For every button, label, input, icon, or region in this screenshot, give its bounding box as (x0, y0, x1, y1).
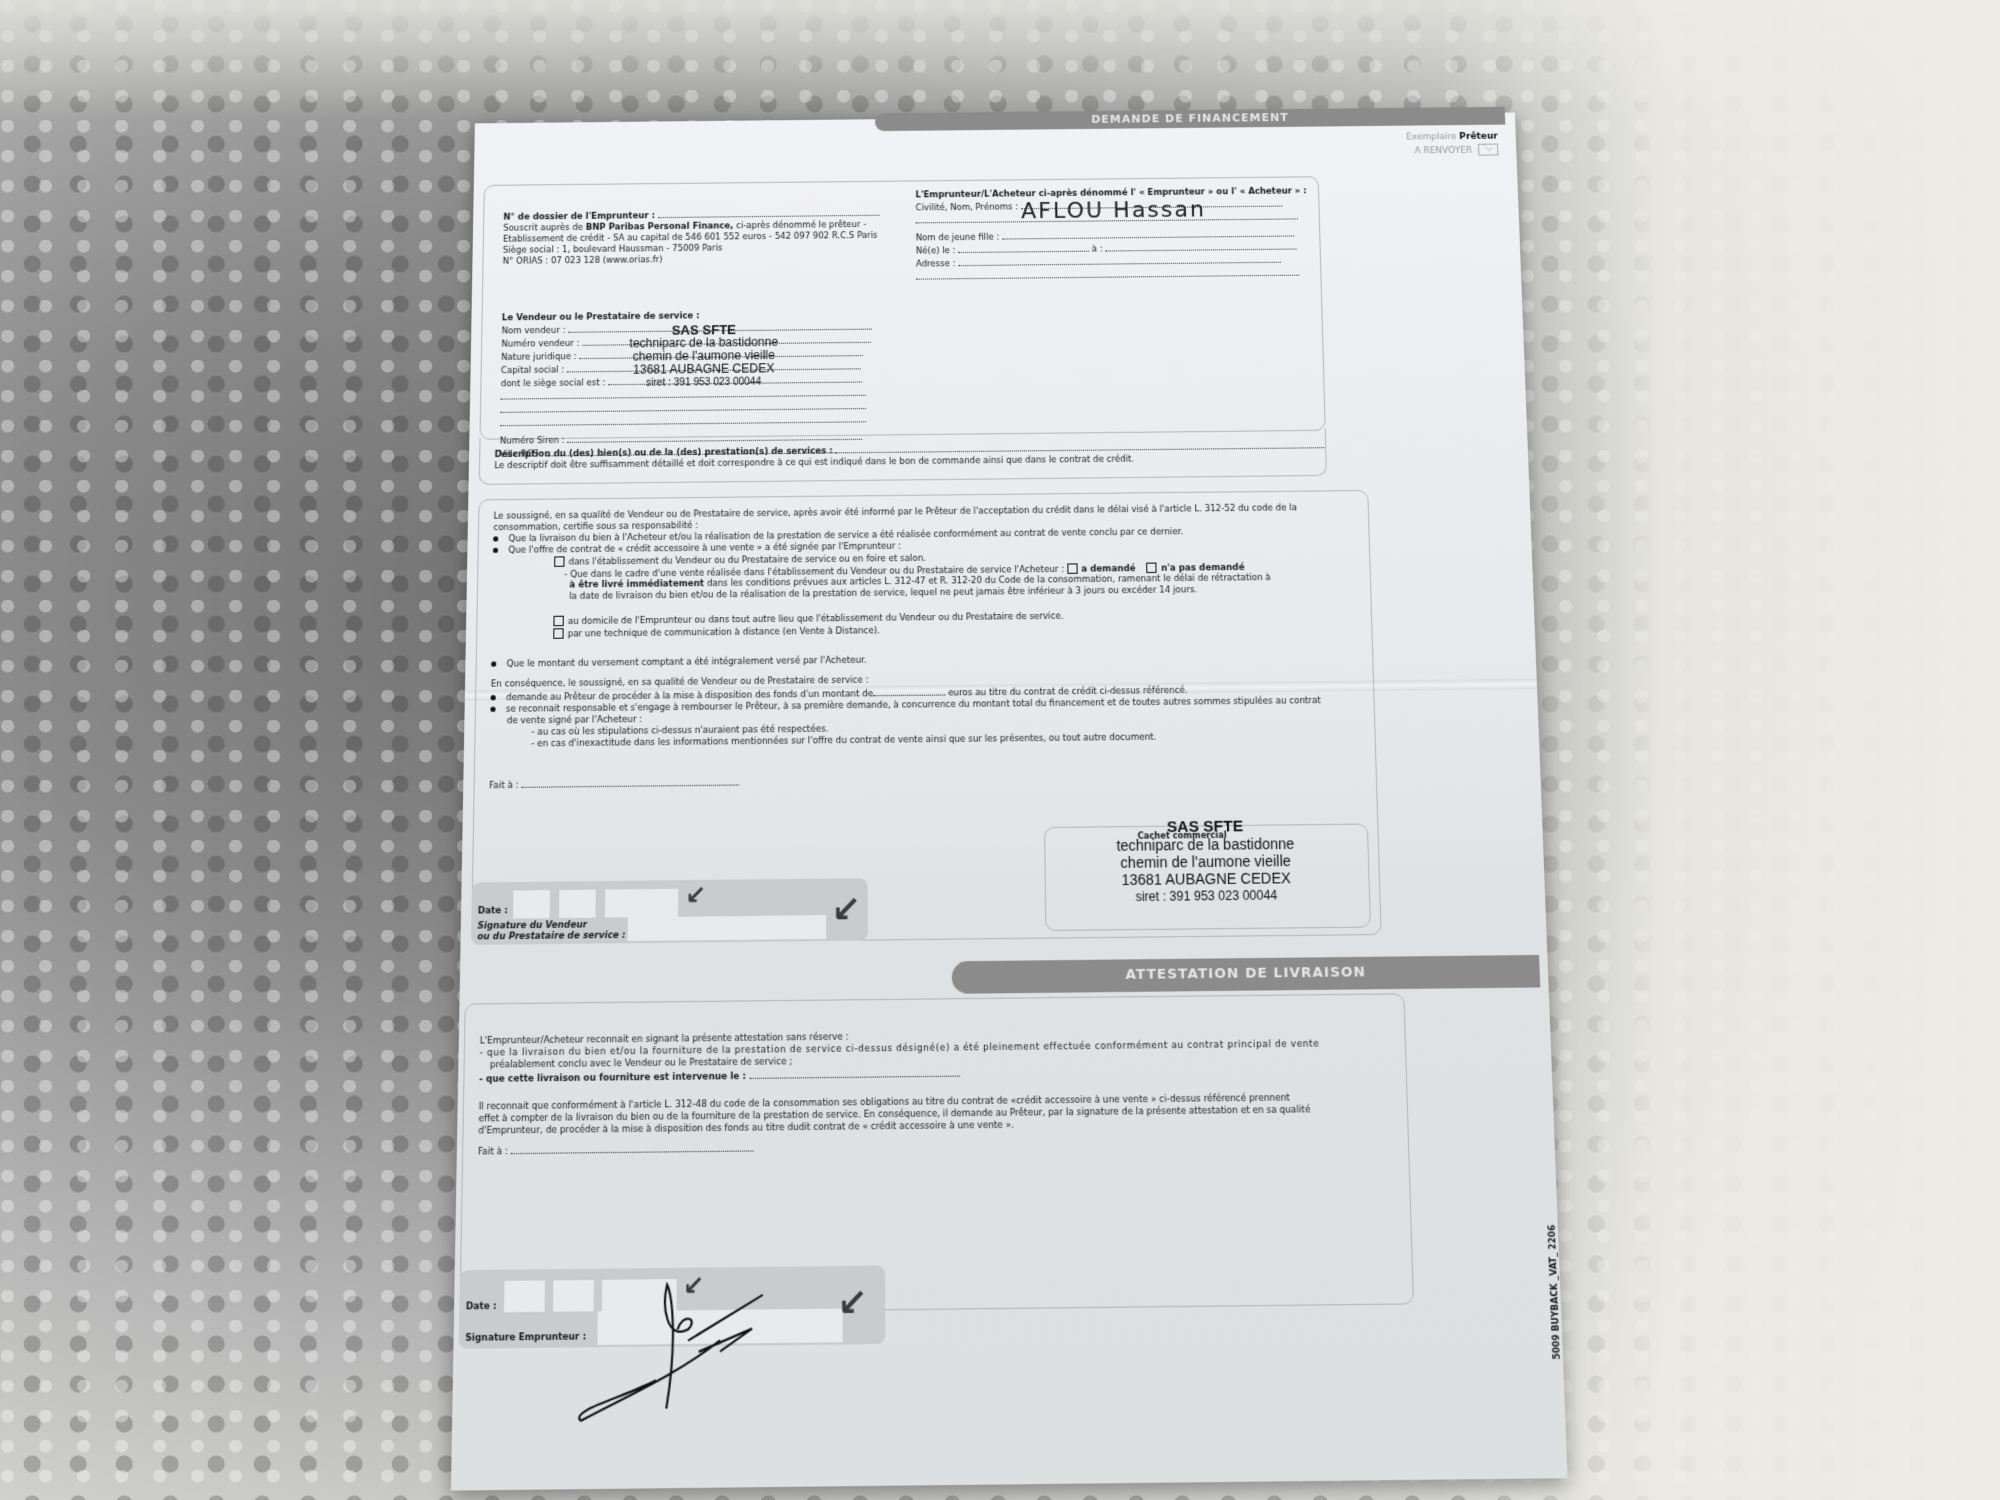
vendor-name-label: Nom vendeur : (501, 326, 565, 337)
vendor-number-label: Numéro vendeur : (501, 339, 579, 350)
birth-place-label: à : (1092, 245, 1103, 255)
civilite-label: Civilité, Nom, Prénoms : (916, 202, 1019, 213)
vendor-stamp-cachet: SAS SFTE techniparc de la bastidonne che… (1075, 817, 1337, 906)
dossier-field[interactable] (658, 207, 879, 218)
legal-nature-label: Nature juridique : (501, 352, 577, 363)
sign-here-arrow-icon: ↙ (685, 882, 706, 908)
checkbox-domicile[interactable] (553, 616, 563, 627)
bullet-icon (491, 695, 496, 700)
exemplaire-owner: Prêteur (1459, 132, 1498, 142)
certification-block: Le soussigné, en sa qualité de Vendeur o… (489, 503, 1323, 793)
cert-bullet-payment: Que le montant du versement comptant a é… (506, 655, 866, 669)
attestation-block: L'Emprunteur/Acheteur reconnait en signa… (478, 1027, 1322, 1159)
borrower-signature (559, 1272, 816, 1433)
borrower-place-field[interactable] (511, 1142, 754, 1155)
capital-label: Capital social : (501, 365, 564, 376)
date-label: Date : (466, 1301, 497, 1314)
checkbox-distance[interactable] (553, 628, 563, 639)
date-label: Date : (478, 906, 508, 918)
bullet-icon (490, 707, 495, 712)
maiden-name-label: Nom de jeune fille : (916, 233, 1000, 244)
amount-field[interactable] (873, 686, 945, 696)
description-box (479, 429, 1327, 485)
bullet-icon (491, 661, 496, 666)
delivery-date-field[interactable] (749, 1067, 959, 1079)
stamp-siret: siret : 391 953 023 00044 (1076, 886, 1337, 906)
date-year[interactable] (605, 889, 678, 918)
fait-a-label: Fait à : (478, 1146, 508, 1157)
sign-here-arrow-icon: ↙ (837, 1284, 867, 1322)
bullet-icon (493, 548, 498, 553)
date-day[interactable] (504, 1280, 545, 1312)
lender-suffix: ci-après dénommé le prêteur - (736, 220, 866, 231)
lender-block: N° de dossier de l'Emprunteur : Souscrit… (503, 207, 880, 268)
address-field[interactable] (958, 254, 1281, 266)
immediate-delivery: à être livré immédiatement (569, 579, 704, 591)
copy-indicator: Exemplaire Prêteur A RENVOYER (1406, 131, 1499, 158)
address-label: Adresse : (916, 259, 956, 269)
a-demande-label: a demandé (1081, 563, 1136, 574)
birth-date-label: Né(e) le : (916, 246, 956, 256)
checkbox-establishment[interactable] (554, 556, 564, 566)
vendor-signature-label-2: ou du Prestataire de service : (477, 930, 625, 942)
dossier-label: N° de dossier de l'Emprunteur : (503, 211, 655, 223)
birth-date-field[interactable] (958, 243, 1089, 253)
vendor-place-field[interactable] (521, 776, 739, 788)
sign-here-arrow-icon: ↙ (831, 891, 861, 928)
vendor-signature-field[interactable] (628, 915, 826, 941)
fait-a-label: Fait à : (489, 780, 519, 791)
delivery-date-label: - que cette livraison ou fourniture est … (479, 1071, 746, 1085)
option-distance: par une technique de communication à dis… (568, 625, 880, 639)
financing-request-form: DEMANDE DE FINANCEMENT Exemplaire Prêteu… (451, 113, 1568, 1491)
date-day[interactable] (513, 890, 550, 918)
bullet-icon (493, 536, 498, 541)
return-label: A RENVOYER (1414, 145, 1472, 156)
birth-place-field[interactable] (1105, 240, 1296, 251)
envelope-icon (1478, 144, 1498, 156)
checkbox-na-pas-demande[interactable] (1147, 562, 1157, 572)
vendor-stamp: SAS SFTE techniparc de la bastidonne che… (582, 322, 826, 391)
handwritten-borrower-name: AFLOU Hassan (1021, 197, 1206, 224)
na-pas-demande-label: n'a pas demandé (1161, 562, 1245, 573)
lender-prefix: Souscrit auprès de (503, 223, 583, 234)
maiden-name-field[interactable] (1002, 227, 1294, 239)
date-month[interactable] (559, 890, 596, 918)
stamp-siret: siret : 391 953 023 00044 (582, 375, 826, 391)
exemplaire-label: Exemplaire (1406, 132, 1457, 142)
lender-brand: BNP Paribas Personal Finance, (586, 221, 734, 233)
checkbox-a-demande[interactable] (1067, 563, 1077, 573)
attestation-banner: ATTESTATION DE LIVRAISON (952, 955, 1541, 994)
vendor-signature-area: Date : Signature du Vendeur ou du Presta… (471, 878, 868, 945)
